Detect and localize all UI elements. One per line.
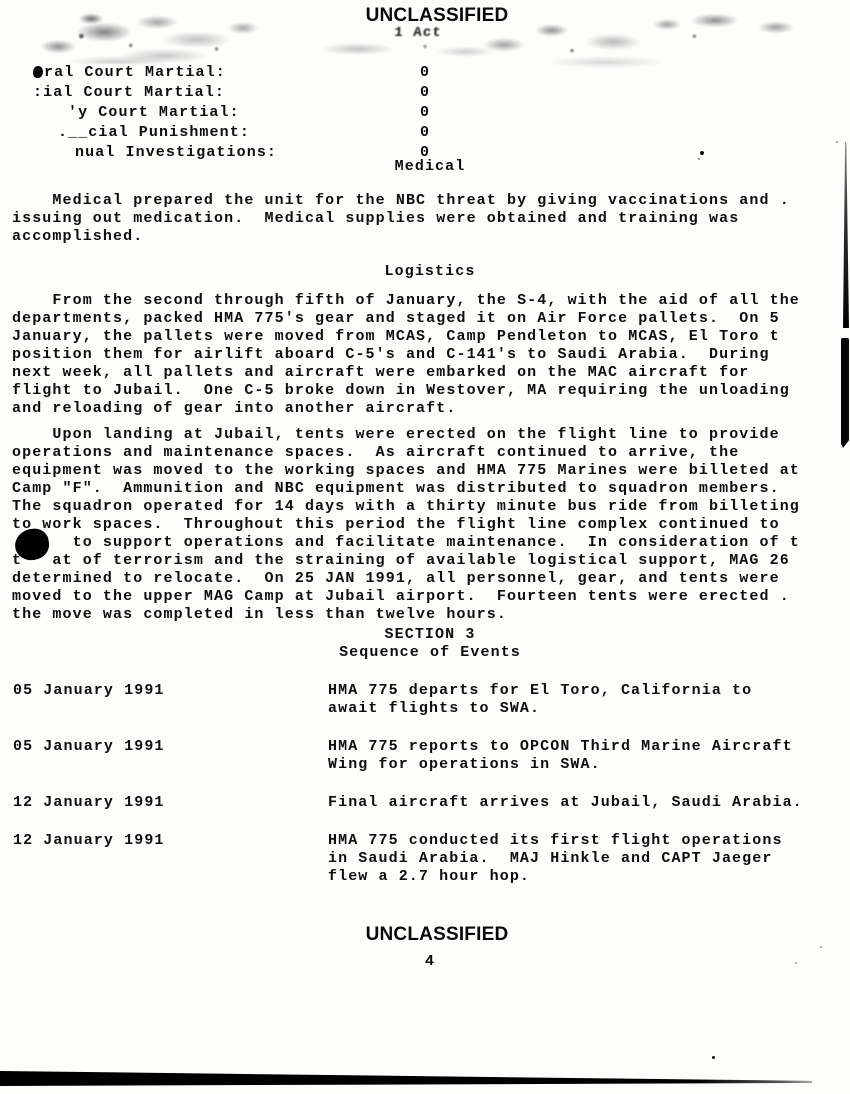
footer-classification: UNCLASSIFIED	[12, 924, 850, 946]
stat-value: 0	[420, 124, 430, 141]
event-description: Final aircraft arrives at Jubail, Saudi …	[328, 794, 803, 812]
event-description: HMA 775 reports to OPCON Third Marine Ai…	[328, 738, 793, 774]
section3-subtitle: Sequence of Events	[5, 644, 850, 661]
event-date: 05 January 1991	[13, 682, 165, 699]
stat-row: 'y Court Martial: 0	[0, 104, 850, 124]
logistics-paragraph-1: From the second through fifth of January…	[12, 292, 800, 418]
speck-artifact	[700, 151, 704, 155]
stat-label: ral Court Martial:	[44, 64, 226, 81]
stat-value: 0	[420, 64, 430, 81]
stat-value: 0	[420, 84, 430, 101]
speck-artifact	[795, 962, 797, 964]
speck-artifact	[820, 946, 822, 948]
event-date: 05 January 1991	[13, 738, 165, 755]
stat-value: 0	[420, 104, 430, 121]
speck-artifact	[836, 141, 838, 143]
stat-label: :ial Court Martial:	[33, 84, 225, 101]
event-date: 12 January 1991	[13, 794, 165, 811]
stat-row: ral Court Martial: 0	[0, 64, 850, 84]
event-date: 12 January 1991	[13, 832, 165, 849]
stat-row: .__cial Punishment: 0	[0, 124, 850, 144]
medical-heading: Medical	[5, 158, 850, 175]
scan-streak-right-lower	[841, 338, 849, 448]
document-page: UNCLASSIFIED 1 Act ral Court Martial: 0 …	[0, 0, 850, 1094]
header-smudge-text: 1 Act	[371, 25, 464, 41]
stat-label: .__cial Punishment:	[58, 124, 250, 141]
page-number: 4	[5, 953, 850, 970]
scan-wedge-bottom	[0, 1071, 812, 1086]
logistics-heading: Logistics	[5, 263, 850, 280]
stat-label: 'y Court Martial:	[68, 104, 240, 121]
logistics-paragraph-2: Upon landing at Jubail, tents were erect…	[12, 426, 800, 624]
event-description: HMA 775 departs for El Toro, California …	[328, 682, 752, 718]
medical-paragraph: Medical prepared the unit for the NBC th…	[12, 192, 790, 246]
section3-title: SECTION 3	[5, 626, 850, 643]
speck-artifact	[712, 1056, 715, 1059]
header-classification: UNCLASSIFIED	[12, 5, 850, 27]
speck-artifact	[698, 158, 700, 160]
stat-row: :ial Court Martial: 0	[0, 84, 850, 104]
event-description: HMA 775 conducted its first flight opera…	[328, 832, 783, 886]
